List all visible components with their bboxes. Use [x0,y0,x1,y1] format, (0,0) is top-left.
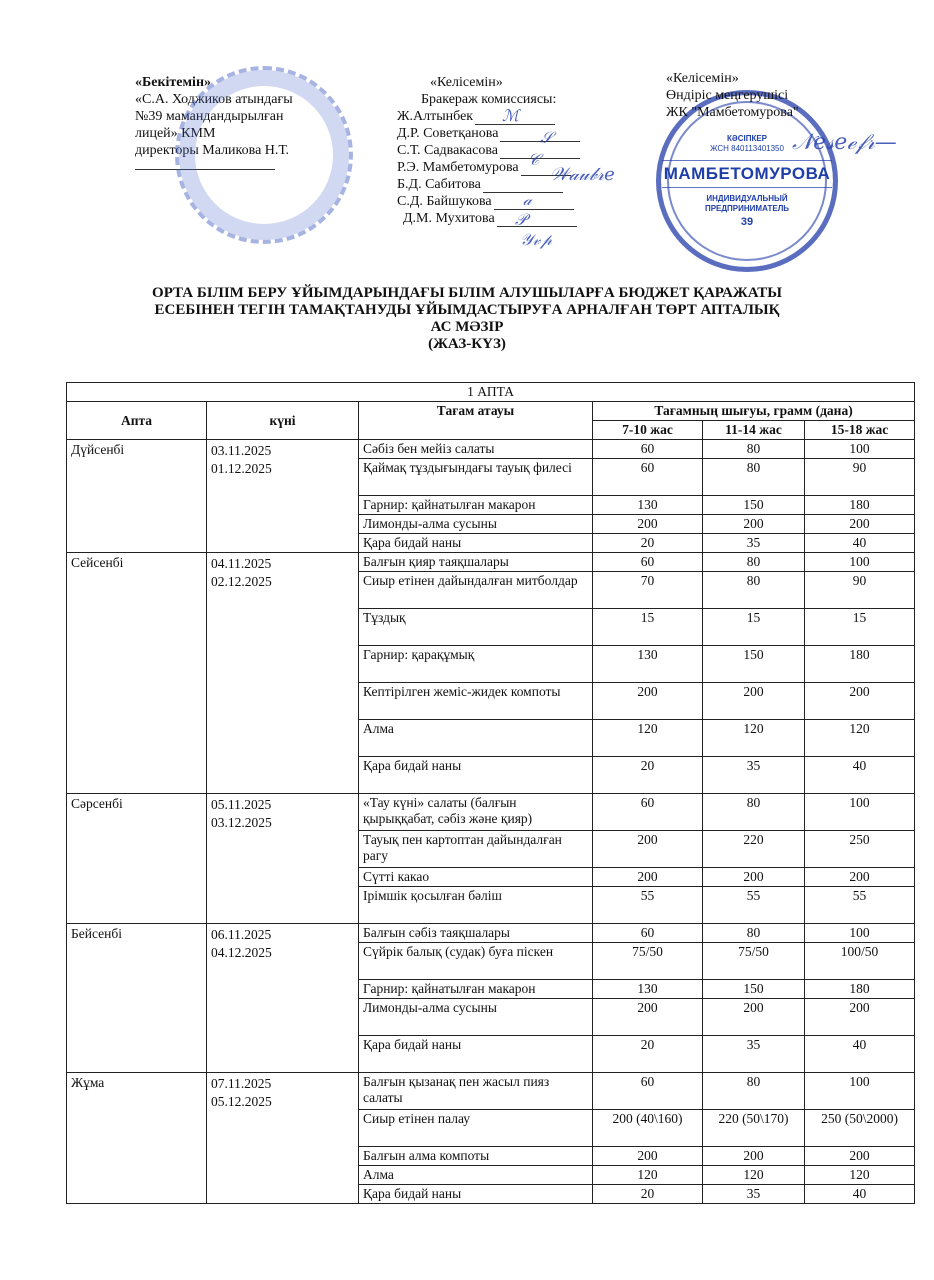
portion-11-14: 35 [703,534,805,553]
portion-11-14: 150 [703,646,805,683]
member-name: Ж.Алтынбек [397,108,473,125]
portion-7-10: 200 [593,683,703,720]
portion-15-18: 120 [805,1166,915,1185]
portion-7-10: 60 [593,924,703,943]
dish-name: Алма [359,1166,593,1185]
dish-name: Алма [359,720,593,757]
member-name: Д.Р. Советқанова [397,125,498,142]
dish-name: Ірімшік қосылған бәліш [359,887,593,924]
portion-15-18: 100 [805,924,915,943]
portion-11-14: 80 [703,459,805,496]
weekday-cell: Дүйсенбі [67,440,207,553]
portion-15-18: 180 [805,980,915,999]
portion-15-18: 250 [805,831,915,868]
header-output: Тағамның шығуы, грамм (дана) [593,402,915,421]
dish-name: Тұздық [359,609,593,646]
commission-member: Р.Э. Мамбетомурова [397,159,580,176]
portion-15-18: 100 [805,1073,915,1110]
table-row: Сәрсенбі05.11.202503.12.2025«Тау күні» с… [67,794,915,831]
portion-15-18: 100 [805,553,915,572]
portion-11-14: 220 (50\170) [703,1110,805,1147]
approval-heading: «Бекітемін» [135,74,293,91]
portion-7-10: 20 [593,757,703,794]
dates-cell: 05.11.202503.12.2025 [207,794,359,924]
weekday-cell: Сейсенбі [67,553,207,794]
portion-15-18: 40 [805,1036,915,1073]
portion-11-14: 35 [703,1036,805,1073]
stamp-id: ЖСН 840113401350 [710,144,784,154]
title-line: ЕСЕБІНЕН ТЕГІН ТАМАҚТАНУДЫ ҰЙЫМДАСТЫРУҒА… [0,302,934,319]
signature-line [500,144,580,159]
portion-11-14: 150 [703,980,805,999]
dish-name: Қара бидай наны [359,534,593,553]
portion-15-18: 250 (50\2000) [805,1110,915,1147]
dates-cell: 07.11.202505.12.2025 [207,1073,359,1204]
approval-block-production: «Келісемін» Өндіріс меңгерушісі ЖК "Мамб… [666,70,799,121]
portion-7-10: 200 [593,831,703,868]
dish-name: Қара бидай наны [359,1036,593,1073]
portion-11-14: 80 [703,440,805,459]
weekday-cell: Бейсенбі [67,924,207,1073]
portion-7-10: 200 (40\160) [593,1110,703,1147]
commission-member: С.Т. Садвакасова [397,142,580,159]
title-line: ОРТА БІЛІМ БЕРУ ҰЙЫМДАРЫНДАҒЫ БІЛІМ АЛУШ… [0,285,934,302]
portion-7-10: 200 [593,999,703,1036]
portion-15-18: 90 [805,572,915,609]
portion-7-10: 20 [593,534,703,553]
dish-name: Лимонды-алма сусыны [359,999,593,1036]
dates-cell: 06.11.202504.12.2025 [207,924,359,1073]
date-value: 04.12.2025 [211,944,354,962]
portion-11-14: 75/50 [703,943,805,980]
portion-11-14: 120 [703,1166,805,1185]
date-value: 02.12.2025 [211,573,354,591]
approval-block-director: «Бекітемін» «С.А. Ходжиков атындағы №39 … [135,74,293,170]
approval-line: директоры Маликова Н.Т. [135,142,293,159]
signature-line [483,178,563,193]
signature-line [475,110,555,125]
signature-line [497,212,577,227]
portion-11-14: 200 [703,1147,805,1166]
member-name: Д.М. Мухитова [403,210,495,227]
dish-name: Балғын сәбіз таяқшалары [359,924,593,943]
header-age-7-10: 7-10 жас [593,421,703,440]
portion-15-18: 40 [805,757,915,794]
date-value: 05.11.2025 [211,796,354,814]
signature-line [135,169,275,170]
dish-name: Балғын алма компоты [359,1147,593,1166]
commission-member: Б.Д. Сабитова [397,176,580,193]
portion-7-10: 20 [593,1036,703,1073]
menu-table: 1 АПТА Апта күні Тағам атауы Тағамның шы… [66,382,915,1204]
dish-name: Балғын қияр таяқшалары [359,553,593,572]
header-date: күні [207,402,359,440]
dish-name: Гарнир: қайнатылған макарон [359,980,593,999]
portion-11-14: 200 [703,999,805,1036]
approval-block-commission: «Келісемін» Бракераж комиссиясы: Ж.Алтын… [397,74,580,227]
portion-15-18: 200 [805,999,915,1036]
dish-name: Қара бидай наны [359,1185,593,1204]
table-row: Жұма07.11.202505.12.2025Балғын қызанақ п… [67,1073,915,1110]
portion-15-18: 100 [805,794,915,831]
portion-15-18: 200 [805,1147,915,1166]
signature-mark: 𝒩𝑒𝓈𝑒ℯ𝒻𝓇— [792,130,897,155]
dish-name: Сүйрік балық (судак) буға піскен [359,943,593,980]
portion-7-10: 20 [593,1185,703,1204]
portion-11-14: 80 [703,572,805,609]
portion-7-10: 130 [593,496,703,515]
title-line: (ЖАЗ-КҮЗ) [0,336,934,353]
stamp-text: ПРЕДПРИНИМАТЕЛЬ [705,204,789,214]
portion-7-10: 70 [593,572,703,609]
dish-name: Тауық пен картоптан дайындалған рагу [359,831,593,868]
portion-11-14: 80 [703,1073,805,1110]
portion-7-10: 200 [593,515,703,534]
portion-11-14: 80 [703,924,805,943]
header-week: Апта [67,402,207,440]
portion-7-10: 200 [593,868,703,887]
portion-15-18: 200 [805,683,915,720]
portion-11-14: 35 [703,757,805,794]
member-name: Б.Д. Сабитова [397,176,481,193]
menu-table-body: Дүйсенбі03.11.202501.12.2025Сәбіз бен ме… [67,440,915,1204]
dish-name: Қаймақ тұздығындағы тауық филесі [359,459,593,496]
dates-cell: 03.11.202501.12.2025 [207,440,359,553]
commission-member: Д.М. Мухитова [397,210,580,227]
date-value: 03.12.2025 [211,814,354,832]
portion-7-10: 60 [593,459,703,496]
production-heading: «Келісемін» [666,70,799,87]
member-name: С.Д. Байшукова [397,193,492,210]
portion-15-18: 90 [805,459,915,496]
document-title: ОРТА БІЛІМ БЕРУ ҰЙЫМДАРЫНДАҒЫ БІЛІМ АЛУШ… [0,285,934,353]
signature-line [521,161,571,176]
table-row: Сейсенбі04.11.202502.12.2025Балғын қияр … [67,553,915,572]
weekday-cell: Сәрсенбі [67,794,207,924]
stamp-name: МАМБЕТОМУРОВА [662,160,833,188]
portion-7-10: 130 [593,980,703,999]
stamp-number: 39 [741,216,753,228]
dish-name: Балғын қызанақ пен жасыл пияз салаты [359,1073,593,1110]
portion-11-14: 15 [703,609,805,646]
portion-11-14: 120 [703,720,805,757]
portion-7-10: 120 [593,720,703,757]
date-value: 03.11.2025 [211,442,354,460]
portion-15-18: 200 [805,868,915,887]
date-value: 07.11.2025 [211,1075,354,1093]
table-row: Дүйсенбі03.11.202501.12.2025Сәбіз бен ме… [67,440,915,459]
portion-11-14: 80 [703,553,805,572]
portion-15-18: 40 [805,534,915,553]
commission-member: Ж.Алтынбек [397,108,580,125]
signature-line [494,195,574,210]
portion-15-18: 15 [805,609,915,646]
portion-15-18: 180 [805,496,915,515]
signature-line [500,127,580,142]
dish-name: Гарнир: қарақұмық [359,646,593,683]
portion-7-10: 60 [593,440,703,459]
portion-7-10: 55 [593,887,703,924]
commission-subheading: Бракераж комиссиясы: [397,91,580,108]
commission-member: Д.Р. Советқанова [397,125,580,142]
portion-15-18: 200 [805,515,915,534]
commission-heading: «Келісемін» [397,74,580,91]
member-name: Р.Э. Мамбетомурова [397,159,519,176]
portion-11-14: 55 [703,887,805,924]
commission-member: С.Д. Байшукова [397,193,580,210]
date-value: 04.11.2025 [211,555,354,573]
portion-15-18: 40 [805,1185,915,1204]
header-dish: Тағам атауы [359,402,593,440]
approval-line: №39 мамандандырылған [135,108,293,125]
dates-cell: 04.11.202502.12.2025 [207,553,359,794]
dish-name: Лимонды-алма сусыны [359,515,593,534]
portion-7-10: 130 [593,646,703,683]
dish-name: Сүтті какао [359,868,593,887]
portion-15-18: 100/50 [805,943,915,980]
portion-11-14: 35 [703,1185,805,1204]
dish-name: Гарнир: қайнатылған макарон [359,496,593,515]
portion-7-10: 120 [593,1166,703,1185]
portion-7-10: 15 [593,609,703,646]
dish-name: Сәбіз бен мейіз салаты [359,440,593,459]
portion-15-18: 100 [805,440,915,459]
portion-11-14: 220 [703,831,805,868]
portion-11-14: 200 [703,868,805,887]
dish-name: Сиыр етінен дайындалған митболдар [359,572,593,609]
portion-11-14: 200 [703,683,805,720]
approval-line: «С.А. Ходжиков атындағы [135,91,293,108]
portion-7-10: 60 [593,553,703,572]
header-age-11-14: 11-14 жас [703,421,805,440]
title-line: АС МӘЗІР [0,319,934,336]
portion-15-18: 55 [805,887,915,924]
portion-7-10: 75/50 [593,943,703,980]
date-value: 01.12.2025 [211,460,354,478]
header-age-15-18: 15-18 жас [805,421,915,440]
portion-15-18: 180 [805,646,915,683]
table-row: Бейсенбі06.11.202504.12.2025Балғын сәбіз… [67,924,915,943]
signature-mark: 𝒴𝓋𝓅 [520,230,552,250]
portion-11-14: 200 [703,515,805,534]
weekday-cell: Жұма [67,1073,207,1204]
date-value: 05.12.2025 [211,1093,354,1111]
dish-name: Кептірілген жеміс-жидек компоты [359,683,593,720]
portion-7-10: 60 [593,794,703,831]
portion-15-18: 120 [805,720,915,757]
production-line: Өндіріс меңгерушісі [666,87,799,104]
portion-7-10: 200 [593,1147,703,1166]
portion-7-10: 60 [593,1073,703,1110]
production-line: ЖК "Мамбетомурова" [666,104,799,121]
dish-name: Сиыр етінен палау [359,1110,593,1147]
stamp-text: ИНДИВИДУАЛЬНЫЙ [706,194,787,204]
date-value: 06.11.2025 [211,926,354,944]
week-label: 1 АПТА [67,383,915,402]
member-name: С.Т. Садвакасова [397,142,498,159]
portion-11-14: 80 [703,794,805,831]
portion-11-14: 150 [703,496,805,515]
stamp-text: КӘСІПКЕР [727,134,767,144]
approval-line: лицей» КММ [135,125,293,142]
dish-name: «Тау күні» салаты (балғын қырыққабат, сә… [359,794,593,831]
dish-name: Қара бидай наны [359,757,593,794]
